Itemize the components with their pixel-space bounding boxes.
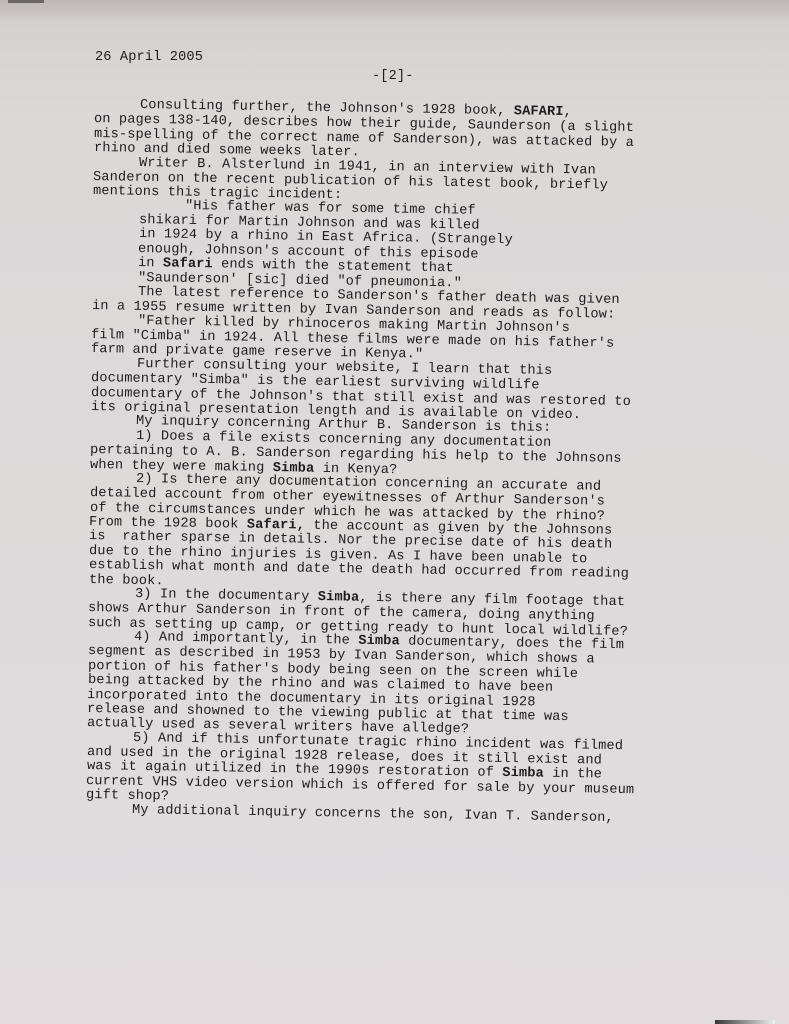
letter-page: 26 April 2005 -[2]- Consulting further, … (0, 0, 789, 1024)
bold-title: SAFARI (514, 104, 564, 120)
line-text: in (138, 256, 163, 271)
bold-title: Simba (502, 766, 544, 782)
letter-line: gift shop? (86, 789, 169, 804)
letter-line: My additional inquiry concerns the son, … (132, 804, 614, 826)
line-text: , (564, 105, 573, 120)
bold-title: Simba (318, 590, 360, 606)
bold-title: Safari (163, 257, 213, 273)
bold-title: Simba (358, 634, 400, 650)
letter-date: 26 April 2005 (95, 51, 203, 65)
line-text: gift shop? (86, 788, 169, 804)
page-number: -[2]- (372, 70, 414, 84)
line-text: My additional inquiry concerns the son, … (132, 803, 614, 826)
line-text: in the (544, 767, 602, 783)
